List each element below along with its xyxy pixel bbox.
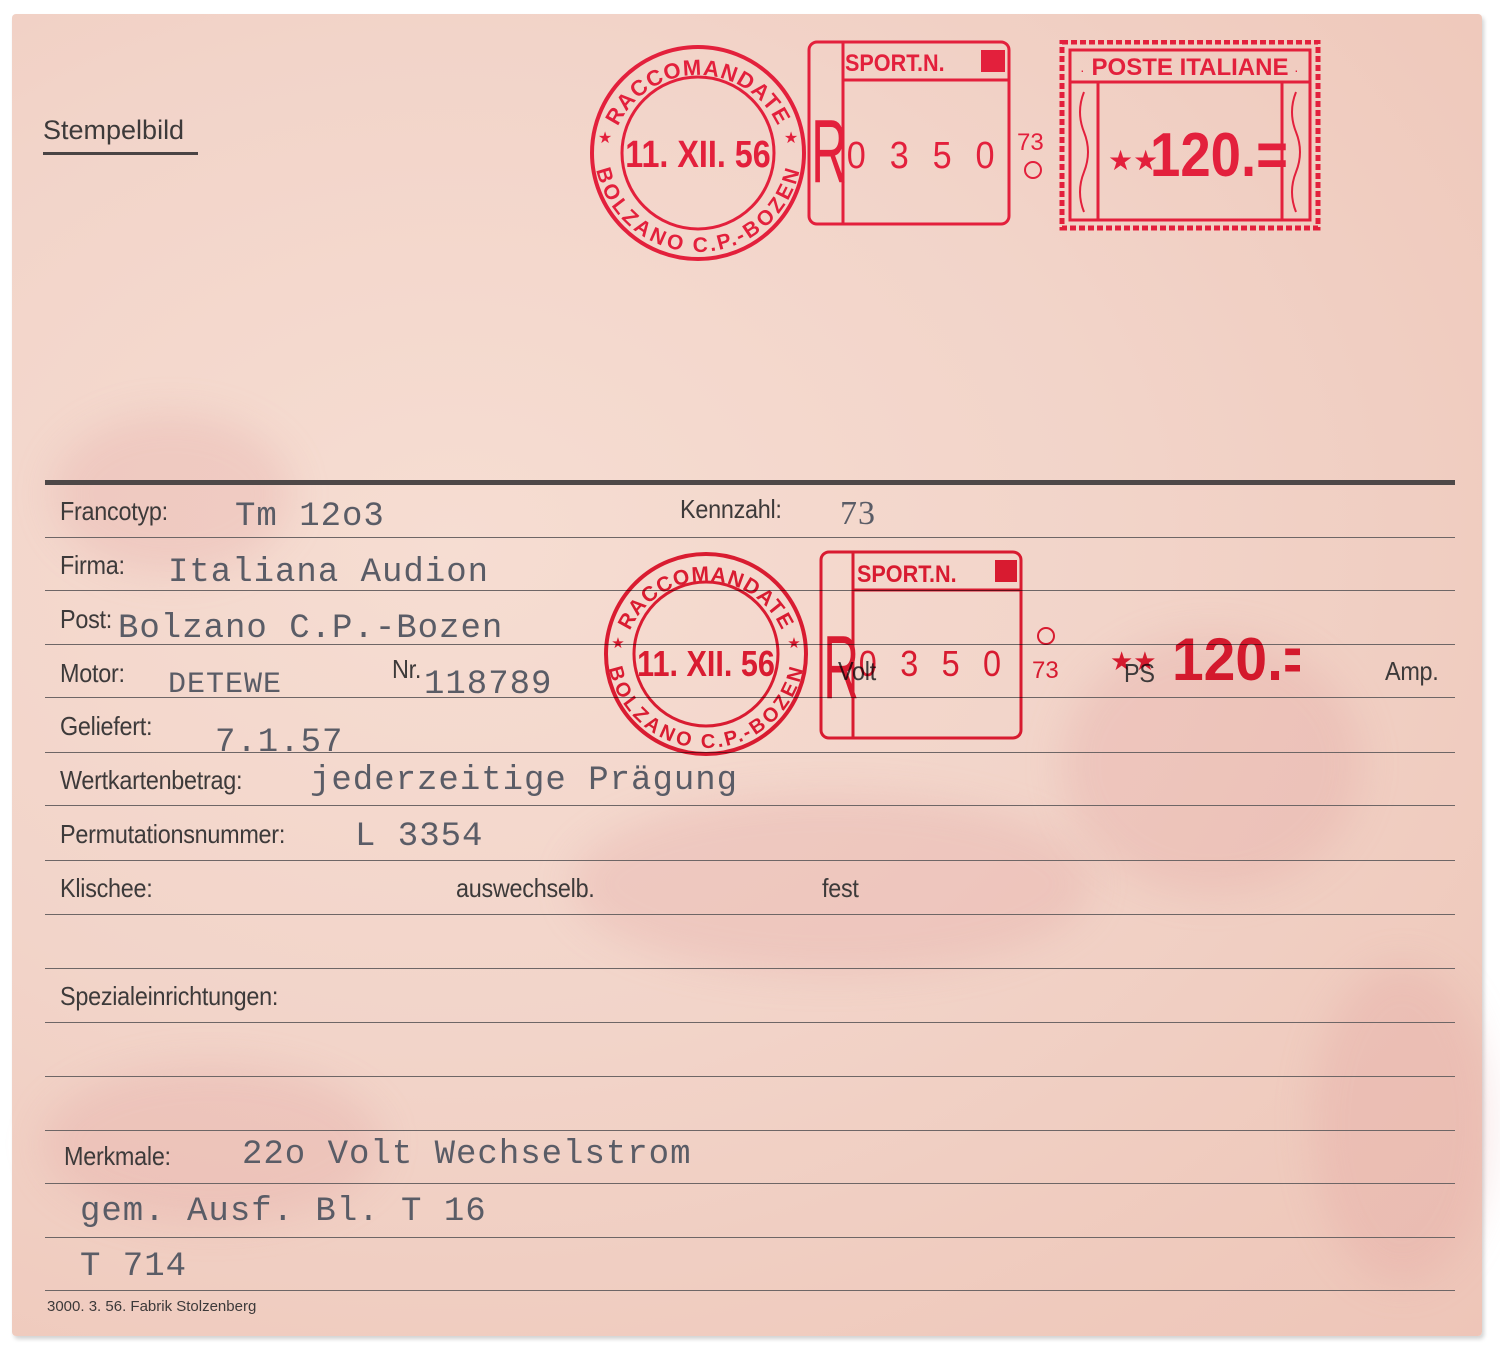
ruled-line bbox=[45, 1130, 1455, 1131]
amp-label: Amp. bbox=[1385, 656, 1439, 687]
merkmale-line-1: 22o Volt Wechselstrom bbox=[242, 1136, 691, 1174]
ruled-line bbox=[45, 1022, 1455, 1023]
ruled-line bbox=[45, 968, 1455, 969]
post-label: Post: bbox=[60, 604, 112, 635]
meter-stamp-overprint: RACCOMANDATE BOLZANO C.P.-BOZEN ★ ★ 11. … bbox=[600, 548, 1300, 758]
motor-label: Motor: bbox=[60, 658, 125, 689]
ruled-line bbox=[45, 1183, 1455, 1184]
ruled-line bbox=[45, 1076, 1455, 1077]
svg-text:★: ★ bbox=[598, 130, 612, 147]
svg-text:SPORT.N.: SPORT.N. bbox=[845, 49, 945, 76]
ruled-line bbox=[45, 1290, 1455, 1291]
nr-value: 118789 bbox=[424, 666, 552, 704]
svg-text:★: ★ bbox=[784, 130, 798, 147]
svg-text:★★: ★★ bbox=[1110, 646, 1157, 676]
printer-imprint: 3000. 3. 56. Fabrik Stolzenberg bbox=[47, 1298, 256, 1315]
counter-box: SPORT.N. R 0 3 5 0 bbox=[809, 42, 1009, 224]
merkmale-label: Merkmale: bbox=[64, 1141, 171, 1172]
permutationsnummer-label: Permutationsnummer: bbox=[60, 819, 285, 850]
permutationsnummer-value: L 3354 bbox=[355, 818, 483, 856]
svg-text:★: ★ bbox=[787, 635, 800, 652]
klischee-option-fest: fest bbox=[822, 873, 859, 904]
svg-text:120.=: 120.= bbox=[1172, 627, 1300, 694]
svg-text:POSTE ITALIANE: POSTE ITALIANE bbox=[1092, 54, 1289, 81]
post-value: Bolzano C.P.-Bozen bbox=[118, 610, 503, 648]
ruled-line bbox=[45, 1237, 1455, 1238]
svg-text:·: · bbox=[1294, 62, 1299, 78]
merkmale-line-2: gem. Ausf. Bl. T 16 bbox=[80, 1193, 487, 1231]
svg-text:SPORT.N.: SPORT.N. bbox=[857, 560, 957, 587]
svg-text:BOLZANO C.P.-BOZEN: BOLZANO C.P.-BOZEN bbox=[591, 165, 805, 257]
ruled-line bbox=[45, 914, 1455, 915]
francotyp-value: Tm 12o3 bbox=[235, 498, 385, 536]
nr-label: Nr. bbox=[392, 654, 421, 685]
firma-value: Italiana Audion bbox=[168, 554, 489, 592]
svg-text:11. XII. 56: 11. XII. 56 bbox=[637, 645, 775, 685]
svg-text:0 3 5 0: 0 3 5 0 bbox=[847, 133, 1002, 176]
wertkartenbetrag-label: Wertkartenbetrag: bbox=[60, 765, 242, 796]
value-stamp: POSTE ITALIANE · · ★★ 120.= bbox=[1062, 42, 1318, 228]
svg-text:73: 73 bbox=[1017, 129, 1044, 156]
form-top-rule bbox=[45, 480, 1455, 485]
merkmale-line-3: T 714 bbox=[80, 1248, 187, 1286]
svg-text:0 3 5 0: 0 3 5 0 bbox=[859, 644, 1008, 684]
ruled-line bbox=[45, 805, 1455, 806]
svg-text:R: R bbox=[823, 617, 859, 717]
ruled-line bbox=[45, 860, 1455, 861]
paper-stain bbox=[1312, 964, 1492, 1284]
firma-label: Firma: bbox=[60, 550, 125, 581]
svg-text:11. XII. 56: 11. XII. 56 bbox=[625, 134, 770, 176]
stempelbild-heading: Stempelbild bbox=[43, 115, 184, 146]
svg-text:120.=: 120.= bbox=[1150, 121, 1288, 190]
kennzahl-value: 73 bbox=[840, 495, 876, 533]
geliefert-label: Geliefert: bbox=[60, 711, 152, 742]
svg-text:·: · bbox=[1080, 62, 1085, 78]
svg-text:★: ★ bbox=[611, 635, 624, 652]
svg-text:73: 73 bbox=[1032, 657, 1059, 684]
meter-stamp-top: RACCOMANDATE BOLZANO C.P.-BOZEN ★ ★ 11. … bbox=[585, 40, 1335, 265]
klischee-label: Klischee: bbox=[60, 873, 153, 904]
francotyp-label: Francotyp: bbox=[60, 496, 168, 527]
spezialeinrichtungen-label: Spezialeinrichtungen: bbox=[60, 981, 278, 1012]
klischee-option-auswechselbar: auswechselb. bbox=[456, 873, 595, 904]
wertkartenbetrag-value: jederzeitige Prägung bbox=[310, 762, 738, 800]
ruled-line bbox=[45, 537, 1455, 538]
kennzahl-label: Kennzahl: bbox=[680, 494, 782, 525]
geliefert-value: 7.1.57 bbox=[215, 724, 343, 762]
date-circle-stamp: RACCOMANDATE BOLZANO C.P.-BOZEN ★ ★ 11. … bbox=[591, 47, 805, 259]
heading-underline bbox=[43, 152, 198, 155]
svg-text:R: R bbox=[811, 101, 847, 201]
motor-value: DETEWE bbox=[168, 668, 282, 702]
